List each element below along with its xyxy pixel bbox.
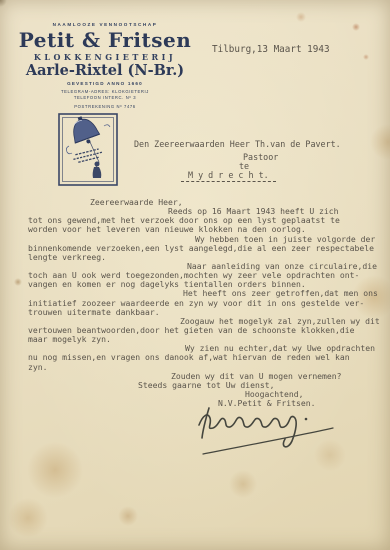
postal-account-line: POSTREKENING Nº 7476 [16, 104, 194, 109]
body-line: Hoogachtend, [28, 390, 384, 399]
handwritten-signature [193, 399, 343, 459]
addressee-name: Den Zeereerwaarden Heer Th.van de Pavert… [134, 139, 341, 149]
company-city: Aarle-Rixtel (N-Br.) [16, 63, 194, 79]
established-line: GEVESTIGD ANNO 1660 [16, 81, 194, 86]
company-trade: KLOKKENGIETERIJ [16, 52, 194, 62]
dateline: Tilburg,13 Maart 1943 [212, 44, 330, 55]
body-line: Steeds gaarne tot Uw dienst, [28, 381, 384, 390]
company-prefix: NAAMLOOZE VENNOOTSCHAP [16, 22, 194, 27]
body-line: nu nog missen,en vragen ons danook af,wa… [28, 353, 384, 362]
letter-page: NAAMLOOZE VENNOOTSCHAP Petit & Fritsen K… [0, 0, 390, 550]
letter-body: Zeereerwaarde Heer,Reeds op 16 Maart 194… [28, 198, 384, 408]
bell-ringer-emblem-icon [57, 112, 119, 187]
company-name: Petit & Fritsen [16, 29, 194, 51]
letterhead: NAAMLOOZE VENNOOTSCHAP Petit & Fritsen K… [16, 22, 194, 109]
addressee-city: M y d r e c h t. [181, 170, 276, 182]
telephone-line: TELEFOON INTERC. Nº 3 [16, 95, 194, 100]
telegram-line: TELEGRAM-ADRES: KLOKGIETERIJ [16, 89, 194, 94]
